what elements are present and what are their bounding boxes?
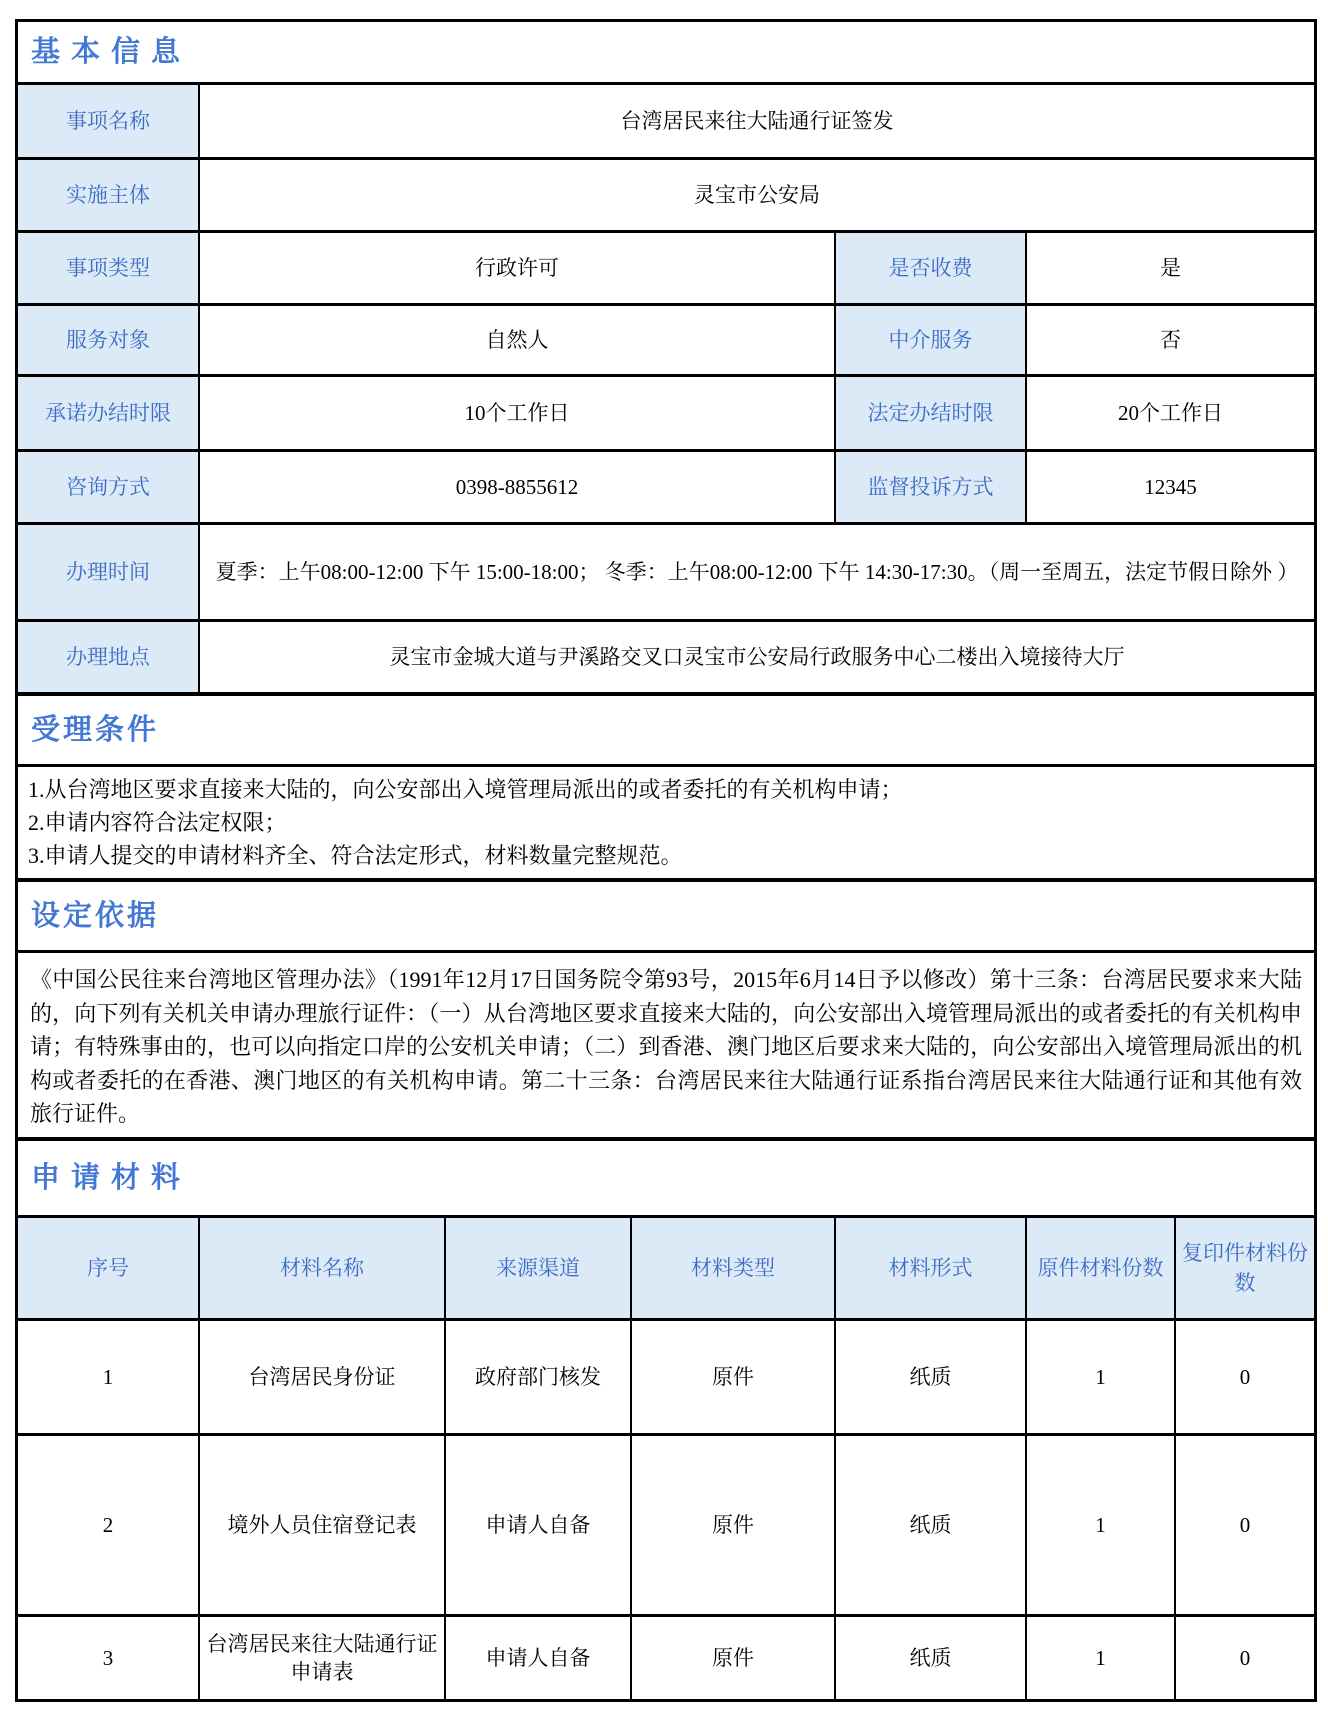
condition-line-2: 2.申请内容符合法定权限； bbox=[28, 806, 287, 839]
col-header-seq: 序号 bbox=[18, 1218, 198, 1318]
intermediary-label: 中介服务 bbox=[834, 306, 1025, 374]
material-original-count: 1 bbox=[1025, 1321, 1174, 1433]
implementing-body-value: 灵宝市公安局 bbox=[198, 160, 1314, 230]
item-type-value: 行政许可 bbox=[198, 233, 834, 303]
col-header-name: 材料名称 bbox=[198, 1218, 444, 1318]
material-original-count: 1 bbox=[1025, 1617, 1174, 1699]
implementing-body-label: 实施主体 bbox=[18, 160, 198, 230]
section-legal-basis: 设定依据 bbox=[18, 878, 1314, 950]
row-service-target-intermediary: 服务对象 自然人 中介服务 否 bbox=[18, 303, 1314, 374]
legal-basis-content: 《中国公民往来台湾地区管理办法》（1991年12月17日国务院令第93号，201… bbox=[18, 953, 1314, 1137]
materials-header-row: 序号 材料名称 来源渠道 材料类型 材料形式 原件材料份数 复印件材料份数 bbox=[18, 1215, 1314, 1318]
service-target-label: 服务对象 bbox=[18, 306, 198, 374]
material-seq: 3 bbox=[18, 1617, 198, 1699]
row-office-hours: 办理时间 夏季：上午08:00-12:00 下午 15:00-18:00； 冬季… bbox=[18, 522, 1314, 619]
complaint-value: 12345 bbox=[1025, 452, 1314, 522]
office-location-label: 办理地点 bbox=[18, 622, 198, 692]
material-source: 政府部门核发 bbox=[444, 1321, 630, 1433]
material-type: 原件 bbox=[630, 1321, 834, 1433]
row-item-name: 事项名称 台湾居民来往大陆通行证签发 bbox=[18, 82, 1314, 157]
material-type: 原件 bbox=[630, 1617, 834, 1699]
item-type-label: 事项类型 bbox=[18, 233, 198, 303]
item-name-label: 事项名称 bbox=[18, 85, 198, 157]
col-header-source: 来源渠道 bbox=[444, 1218, 630, 1318]
office-location-value: 灵宝市金城大道与尹溪路交叉口灵宝市公安局行政服务中心二楼出入境接待大厅 bbox=[198, 622, 1314, 692]
row-time-limits: 承诺办结时限 10个工作日 法定办结时限 20个工作日 bbox=[18, 374, 1314, 449]
fee-value: 是 bbox=[1025, 233, 1314, 303]
material-form: 纸质 bbox=[834, 1617, 1025, 1699]
promised-limit-value: 10个工作日 bbox=[198, 377, 834, 449]
complaint-label: 监督投诉方式 bbox=[834, 452, 1025, 522]
acceptance-title: 受理条件 bbox=[18, 696, 1314, 764]
material-name: 台湾居民身份证 bbox=[198, 1321, 444, 1433]
item-name-value: 台湾居民来往大陆通行证签发 bbox=[198, 85, 1314, 157]
material-seq: 1 bbox=[18, 1321, 198, 1433]
col-header-type: 材料类型 bbox=[630, 1218, 834, 1318]
intermediary-value: 否 bbox=[1025, 306, 1314, 374]
material-source: 申请人自备 bbox=[444, 1436, 630, 1614]
material-form: 纸质 bbox=[834, 1436, 1025, 1614]
material-row-3: 3 台湾居民来往大陆通行证申请表 申请人自备 原件 纸质 1 0 bbox=[18, 1614, 1314, 1699]
material-row-1: 1 台湾居民身份证 政府部门核发 原件 纸质 1 0 bbox=[18, 1318, 1314, 1433]
material-seq: 2 bbox=[18, 1436, 198, 1614]
legal-basis-title: 设定依据 bbox=[18, 882, 1314, 950]
service-target-value: 自然人 bbox=[198, 306, 834, 374]
col-header-form: 材料形式 bbox=[834, 1218, 1025, 1318]
material-name: 台湾居民来往大陆通行证申请表 bbox=[198, 1617, 444, 1699]
acceptance-content: 1.从台湾地区要求直接来大陆的，向公安部出入境管理局派出的或者委托的有关机构申请… bbox=[18, 767, 1314, 878]
material-name: 境外人员住宿登记表 bbox=[198, 1436, 444, 1614]
row-implementing-body: 实施主体 灵宝市公安局 bbox=[18, 157, 1314, 230]
row-item-type-fee: 事项类型 行政许可 是否收费 是 bbox=[18, 230, 1314, 303]
row-contact-complaint: 咨询方式 0398-8855612 监督投诉方式 12345 bbox=[18, 449, 1314, 522]
col-header-original-count: 原件材料份数 bbox=[1025, 1218, 1174, 1318]
legal-basis-content-row: 《中国公民往来台湾地区管理办法》（1991年12月17日国务院令第93号，201… bbox=[18, 950, 1314, 1137]
section-materials: 申请材料 bbox=[18, 1137, 1314, 1215]
statutory-limit-label: 法定办结时限 bbox=[834, 377, 1025, 449]
office-hours-label: 办理时间 bbox=[18, 525, 198, 619]
promised-limit-label: 承诺办结时限 bbox=[18, 377, 198, 449]
material-copy-count: 0 bbox=[1174, 1436, 1314, 1614]
materials-title: 申请材料 bbox=[18, 1141, 1314, 1215]
statutory-limit-value: 20个工作日 bbox=[1025, 377, 1314, 449]
acceptance-content-row: 1.从台湾地区要求直接来大陆的，向公安部出入境管理局派出的或者委托的有关机构申请… bbox=[18, 764, 1314, 878]
office-hours-value: 夏季：上午08:00-12:00 下午 15:00-18:00； 冬季：上午08… bbox=[198, 525, 1314, 619]
material-form: 纸质 bbox=[834, 1321, 1025, 1433]
service-info-table: 基本信息 事项名称 台湾居民来往大陆通行证签发 实施主体 灵宝市公安局 事项类型… bbox=[15, 19, 1317, 1702]
material-copy-count: 0 bbox=[1174, 1321, 1314, 1433]
section-basic-info: 基本信息 bbox=[18, 22, 1314, 82]
basic-info-title: 基本信息 bbox=[18, 22, 1314, 82]
material-copy-count: 0 bbox=[1174, 1617, 1314, 1699]
material-source: 申请人自备 bbox=[444, 1617, 630, 1699]
material-row-2: 2 境外人员住宿登记表 申请人自备 原件 纸质 1 0 bbox=[18, 1433, 1314, 1614]
material-original-count: 1 bbox=[1025, 1436, 1174, 1614]
consult-phone-label: 咨询方式 bbox=[18, 452, 198, 522]
section-acceptance-conditions: 受理条件 bbox=[18, 692, 1314, 764]
row-office-location: 办理地点 灵宝市金城大道与尹溪路交叉口灵宝市公安局行政服务中心二楼出入境接待大厅 bbox=[18, 619, 1314, 692]
condition-line-3: 3.申请人提交的申请材料齐全、符合法定形式，材料数量完整规范。 bbox=[28, 839, 683, 872]
fee-label: 是否收费 bbox=[834, 233, 1025, 303]
col-header-copy-count: 复印件材料份数 bbox=[1174, 1218, 1314, 1318]
condition-line-1: 1.从台湾地区要求直接来大陆的，向公安部出入境管理局派出的或者委托的有关机构申请… bbox=[28, 773, 903, 806]
consult-phone-value: 0398-8855612 bbox=[198, 452, 834, 522]
material-type: 原件 bbox=[630, 1436, 834, 1614]
